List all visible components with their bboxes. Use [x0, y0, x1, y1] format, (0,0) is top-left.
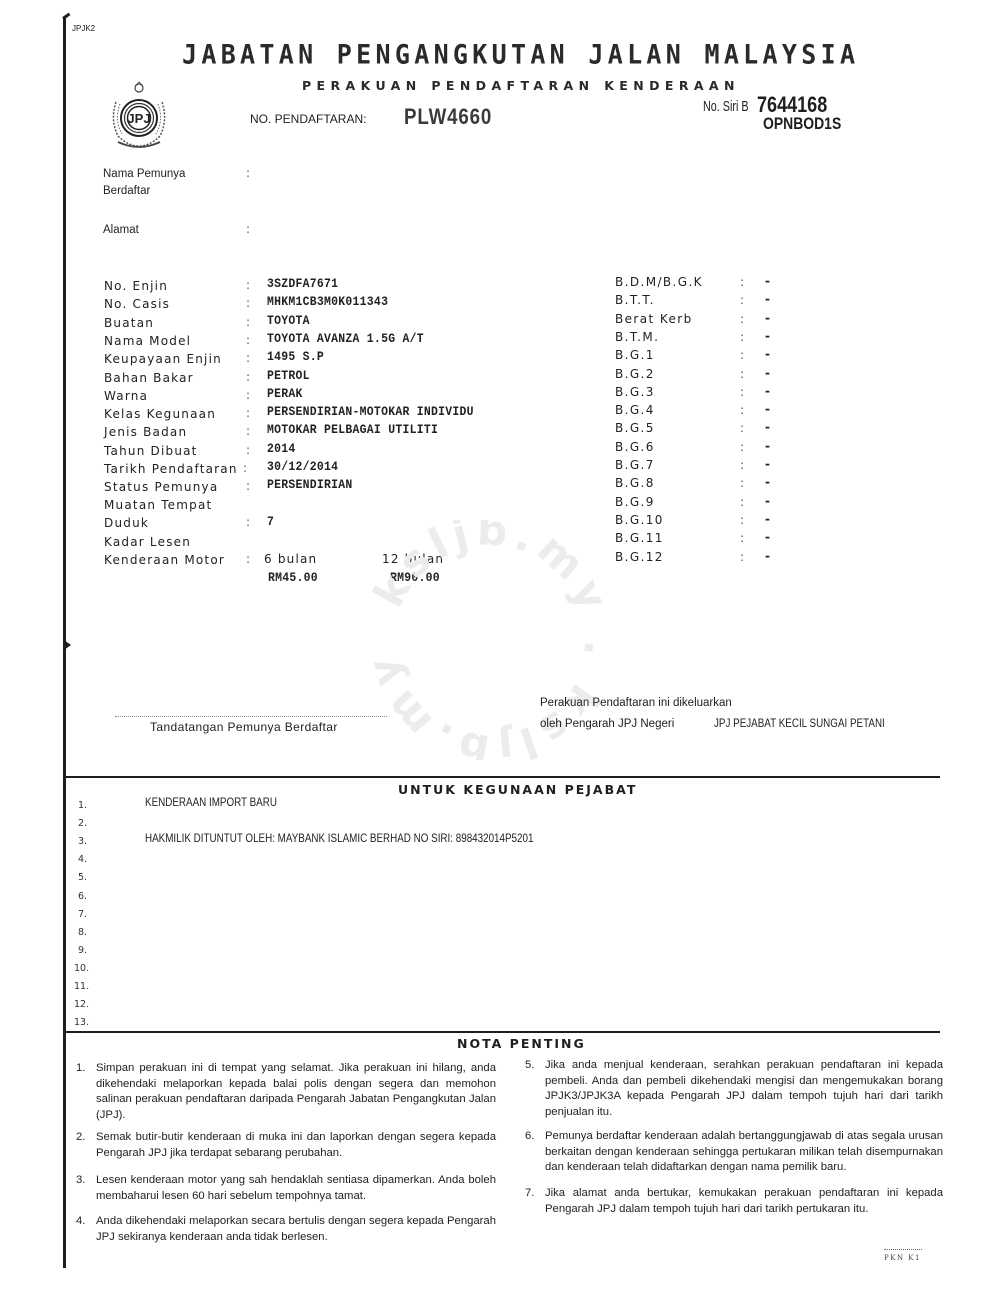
note-item: 4.Anda dikehendaki melaporkan secara ber… [96, 1214, 496, 1245]
address-label: Alamat [103, 224, 139, 236]
owner-signature-label: Tandatangan Pemunya Berdaftar [150, 720, 338, 734]
note-text: Simpan perakuan ini di tempat yang selam… [96, 1062, 496, 1121]
serial-code: OPNBOD1S [763, 114, 841, 134]
footer-rule [884, 1249, 922, 1250]
notes-title: NOTA PENTING [457, 1036, 586, 1051]
note-number: 3. [76, 1173, 85, 1189]
owner-name-label-1: Nama Pemunya [103, 168, 185, 180]
vehicle-field-value: MHKM1CB3M0K011343 [267, 294, 388, 309]
vehicle-field-label: Jenis Badan [104, 425, 187, 439]
office-row-number: 3. [78, 836, 87, 847]
seating-colon: : [246, 515, 250, 529]
license-12m-value: RM90.00 [390, 570, 440, 585]
office-row-text: KENDERAAN IMPORT BARU [145, 795, 277, 809]
note-text: Pemunya berdaftar kenderaan adalah berta… [545, 1130, 943, 1173]
svg-text:JPJ: JPJ [127, 111, 150, 126]
office-row-number: 11. [74, 981, 89, 992]
vehicle-field-value: TOYOTA [267, 313, 310, 328]
weight-label: B.G.4 [615, 403, 655, 417]
weight-colon: : [740, 312, 744, 326]
weight-value: - [765, 329, 770, 343]
weight-label: B.T.T. [615, 293, 655, 307]
weight-value: - [765, 311, 770, 325]
weight-label: B.G.7 [615, 458, 655, 472]
office-row-number: 9. [78, 945, 87, 956]
license-colon: : [246, 552, 250, 566]
registration-number: PLW4660 [404, 104, 492, 130]
office-row-number: 7. [78, 909, 87, 920]
weight-colon: : [740, 458, 744, 472]
seating-label-2: Duduk [104, 516, 149, 530]
weight-value: - [765, 420, 770, 434]
note-number: 6. [525, 1129, 534, 1145]
weight-colon: : [740, 385, 744, 399]
weight-value: - [765, 494, 770, 508]
note-item: 6.Pemunya berdaftar kenderaan adalah ber… [545, 1129, 943, 1176]
note-number: 7. [525, 1186, 534, 1202]
jpj-emblem-icon: JPJ [108, 80, 170, 152]
agency-title: JABATAN PENGANGKUTAN JALAN MALAYSIA [182, 39, 859, 69]
license-6m-value: RM45.00 [268, 570, 318, 585]
weight-label: B.G.11 [615, 531, 664, 545]
note-number: 2. [76, 1130, 85, 1146]
office-row-number: 10. [74, 963, 89, 974]
weight-colon: : [740, 440, 744, 454]
weight-label: B.G.8 [615, 476, 655, 490]
license-12m-label: 12 bulan [382, 552, 444, 566]
office-row-text: HAKMILIK DITUNTUT OLEH: MAYBANK ISLAMIC … [145, 831, 533, 845]
vehicle-field-label: Tahun Dibuat [104, 444, 198, 458]
fold-marker [64, 640, 71, 650]
address-colon: : [246, 222, 250, 236]
owner-name-label-2: Berdaftar [103, 185, 150, 197]
weight-value: - [765, 274, 770, 288]
vehicle-field-label: Status Pemunya [104, 480, 218, 494]
office-row-number: 8. [78, 927, 87, 938]
note-number: 5. [525, 1058, 534, 1074]
weight-colon: : [740, 275, 744, 289]
weight-colon: : [740, 293, 744, 307]
weight-value: - [765, 439, 770, 453]
vehicle-field-colon: : [246, 315, 250, 329]
owner-name-colon: : [246, 166, 250, 180]
office-row-number: 13. [74, 1017, 89, 1028]
vehicle-field-value: TOYOTA AVANZA 1.5G A/T [267, 331, 424, 346]
vehicle-field-value: 30/12/2014 [267, 459, 338, 474]
weight-label: B.T.M. [615, 330, 659, 344]
note-text: Semak butir-butir kenderaan di muka ini … [96, 1131, 496, 1159]
note-item: 3.Lesen kenderaan motor yang sah hendakl… [96, 1173, 496, 1204]
certificate-title: PERAKUAN PENDAFTARAN KENDERAAN [302, 78, 740, 93]
vehicle-field-label: Keupayaan Enjin [104, 352, 222, 366]
issued-by-line-2: oleh Pengarah JPJ Negeri [540, 718, 674, 730]
vehicle-field-label: Buatan [104, 316, 154, 330]
vehicle-field-colon: : [243, 461, 247, 475]
note-item: 1.Simpan perakuan ini di tempat yang sel… [96, 1061, 496, 1123]
weight-label: B.G.10 [615, 513, 664, 527]
office-section-divider [64, 776, 940, 778]
vehicle-field-value: 2014 [267, 441, 296, 456]
weight-value: - [765, 292, 770, 306]
weight-label: Berat Kerb [615, 312, 693, 326]
license-label-2: Kenderaan Motor [104, 553, 225, 567]
vehicle-field-label: Nama Model [104, 334, 191, 348]
weight-label: B.D.M/B.G.K [615, 275, 703, 289]
weight-value: - [765, 512, 770, 526]
vehicle-field-colon: : [246, 406, 250, 420]
weight-value: - [765, 366, 770, 380]
note-text: Lesen kenderaan motor yang sah hendaklah… [96, 1174, 496, 1202]
vehicle-field-colon: : [246, 333, 250, 347]
office-row-number: 5. [78, 872, 87, 883]
registration-label: NO. PENDAFTARAN: [250, 112, 366, 126]
weight-label: B.G.2 [615, 367, 655, 381]
weight-label: B.G.5 [615, 421, 655, 435]
vehicle-field-label: Warna [104, 389, 148, 403]
vehicle-field-label: Bahan Bakar [104, 371, 194, 385]
license-label-1: Kadar Lesen [104, 535, 191, 549]
weight-value: - [765, 475, 770, 489]
vehicle-field-label: No. Enjin [104, 279, 168, 293]
note-text: Jika alamat anda bertukar, kemukakan per… [545, 1187, 943, 1215]
weight-colon: : [740, 421, 744, 435]
weight-colon: : [740, 330, 744, 344]
vehicle-field-value: 1495 S.P [267, 349, 324, 364]
weight-colon: : [740, 367, 744, 381]
vehicle-field-colon: : [246, 351, 250, 365]
note-item: 5.Jika anda menjual kenderaan, serahkan … [545, 1058, 943, 1120]
office-row-number: 6. [78, 891, 87, 902]
note-item: 2.Semak butir-butir kenderaan di muka in… [96, 1130, 496, 1161]
vehicle-field-colon: : [246, 443, 250, 457]
weight-value: - [765, 549, 770, 563]
vehicle-field-colon: : [246, 278, 250, 292]
vehicle-field-value: PERSENDIRIAN [267, 477, 353, 492]
issuing-office: JPJ PEJABAT KECIL SUNGAI PETANI [714, 716, 885, 730]
vehicle-field-label: Kelas Kegunaan [104, 407, 216, 421]
vehicle-field-colon: : [246, 296, 250, 310]
vehicle-field-label: No. Casis [104, 297, 170, 311]
vehicle-field-value: PETROL [267, 368, 310, 383]
vehicle-field-colon: : [246, 370, 250, 384]
signature-line [115, 716, 387, 717]
vehicle-field-value: 3SZDFA7671 [267, 276, 338, 291]
weight-label: B.G.3 [615, 385, 655, 399]
weight-value: - [765, 530, 770, 544]
weight-label: B.G.9 [615, 495, 655, 509]
note-number: 1. [76, 1061, 85, 1077]
note-text: Jika anda menjual kenderaan, serahkan pe… [545, 1059, 943, 1118]
weight-value: - [765, 457, 770, 471]
footer-code: PKN K1 [884, 1254, 921, 1262]
weight-value: - [765, 402, 770, 416]
weight-value: - [765, 347, 770, 361]
office-row-number: 2. [78, 818, 87, 829]
vehicle-field-colon: : [246, 479, 250, 493]
weight-label: B.G.1 [615, 348, 655, 362]
seating-value: 7 [267, 514, 274, 529]
vehicle-field-colon: : [246, 424, 250, 438]
weight-colon: : [740, 476, 744, 490]
weight-label: B.G.12 [615, 550, 664, 564]
weight-value: - [765, 384, 770, 398]
note-number: 4. [76, 1214, 85, 1230]
office-use-title: UNTUK KEGUNAAN PEJABAT [398, 782, 637, 797]
office-row-number: 1. [78, 800, 87, 811]
weight-colon: : [740, 513, 744, 527]
office-row-number: 12. [74, 999, 89, 1010]
office-row-number: 4. [78, 854, 87, 865]
vehicle-field-value: PERSENDIRIAN-MOTOKAR INDIVIDU [267, 404, 474, 419]
seating-label-1: Muatan Tempat [104, 498, 212, 512]
notes-section-divider [64, 1031, 940, 1033]
vehicle-field-label: Tarikh Pendaftaran [104, 462, 238, 476]
vehicle-field-value: PERAK [267, 386, 303, 401]
weight-colon: : [740, 348, 744, 362]
issued-by-line-1: Perakuan Pendaftaran ini dikeluarkan [540, 697, 732, 709]
weight-colon: : [740, 550, 744, 564]
weight-colon: : [740, 495, 744, 509]
border-corner-mark [62, 13, 70, 20]
note-item: 7.Jika alamat anda bertukar, kemukakan p… [545, 1186, 943, 1217]
vehicle-field-value: MOTOKAR PELBAGAI UTILITI [267, 422, 438, 437]
license-6m-label: 6 bulan [264, 552, 317, 566]
form-code: JPJK2 [72, 24, 95, 33]
weight-label: B.G.6 [615, 440, 655, 454]
note-text: Anda dikehendaki melaporkan secara bertu… [96, 1215, 496, 1243]
weight-colon: : [740, 531, 744, 545]
serial-label: No. Siri B [703, 98, 749, 115]
weight-colon: : [740, 403, 744, 417]
vehicle-field-colon: : [246, 388, 250, 402]
